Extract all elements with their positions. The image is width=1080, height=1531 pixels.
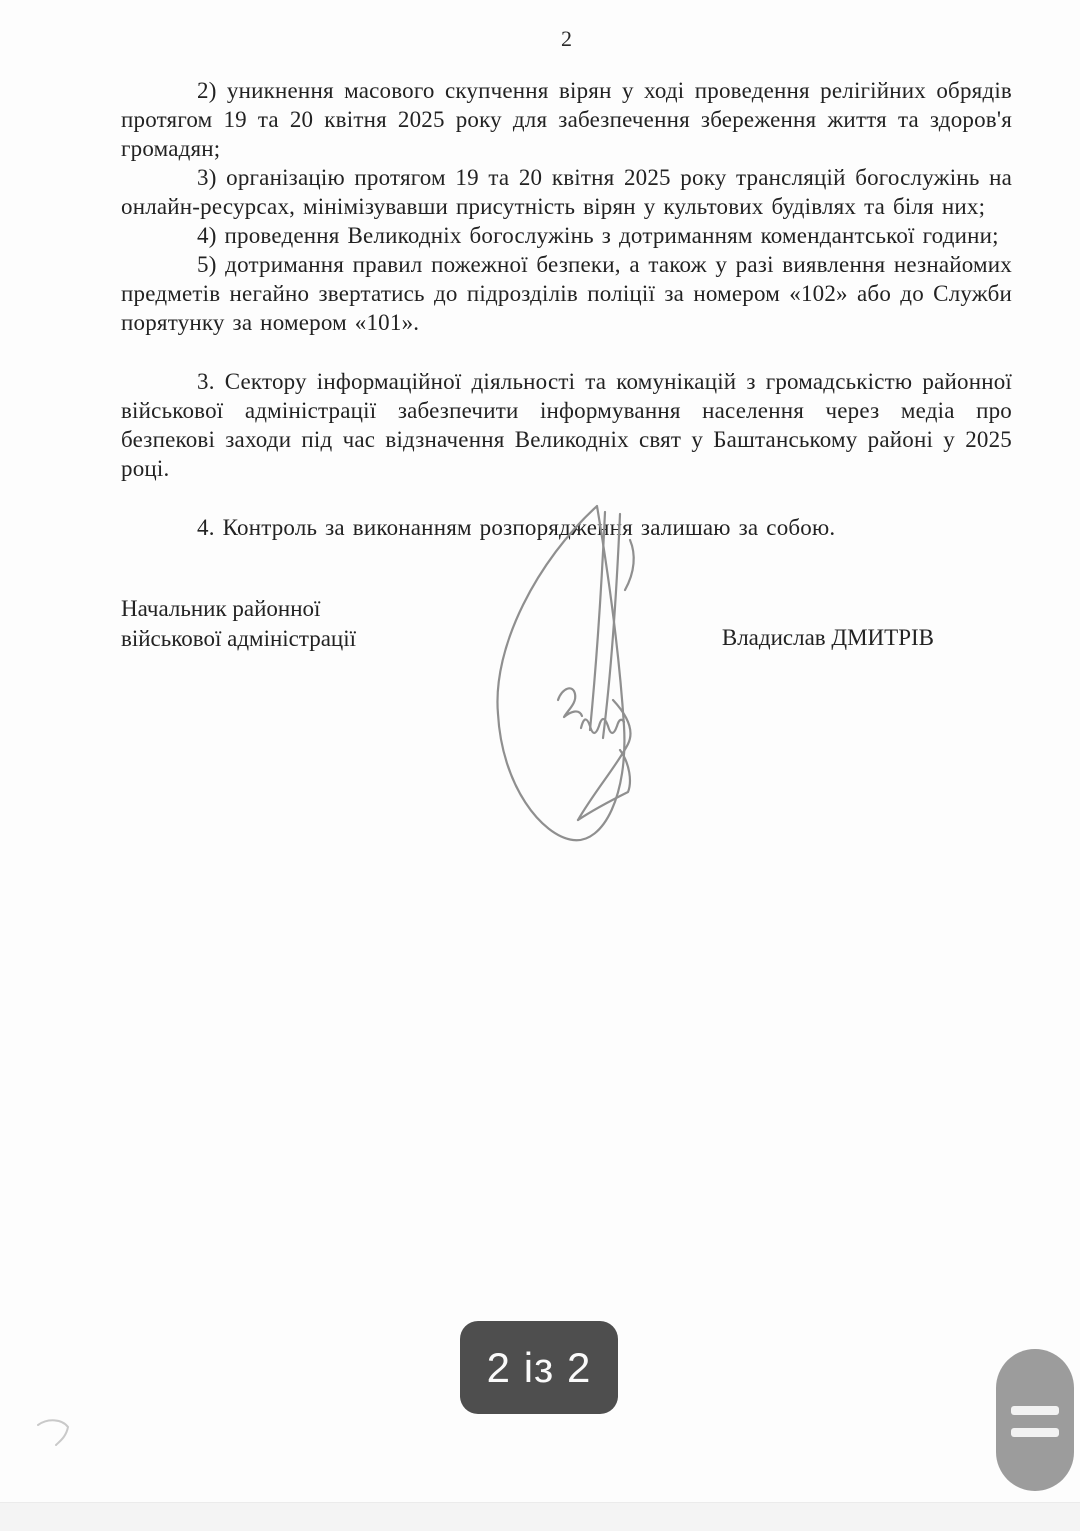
signer-name: Владислав ДМИТРІВ — [722, 623, 934, 654]
drag-handle-icon — [1011, 1428, 1059, 1437]
page-indicator-badge: 2 із 2 — [460, 1321, 618, 1414]
scan-noise-mark — [30, 1415, 90, 1460]
paragraph-section-4: 4. Контроль за виконанням розпорядження … — [121, 513, 1012, 542]
page-number: 2 — [121, 26, 1012, 52]
paragraph-item-2: 2) уникнення масового скупчення вірян у … — [121, 76, 1012, 163]
paragraph-section-3: 3. Сектору інформаційної діяльності та к… — [121, 367, 1012, 483]
document-page: 2 2) уникнення масового скупчення вірян … — [0, 0, 1080, 654]
paragraph-item-3: 3) організацію протягом 19 та 20 квітня … — [121, 163, 1012, 221]
page-indicator-label: 2 із 2 — [487, 1344, 592, 1392]
paragraph-item-4: 4) проведення Великодніх богослужінь з д… — [121, 221, 1012, 250]
paragraph-item-5: 5) дотримання правил пожежної безпеки, а… — [121, 250, 1012, 337]
signature-block: Начальник районної військової адміністра… — [121, 594, 1012, 654]
footer-strip — [0, 1502, 1080, 1531]
document-viewer: 2 2) уникнення масового скупчення вірян … — [0, 0, 1080, 1531]
signer-title: Начальник районної військової адміністра… — [121, 594, 356, 654]
signer-title-line2: військової адміністрації — [121, 624, 356, 654]
signer-title-line1: Начальник районної — [121, 594, 356, 624]
scroll-handle[interactable] — [996, 1349, 1074, 1491]
drag-handle-icon — [1011, 1406, 1059, 1415]
